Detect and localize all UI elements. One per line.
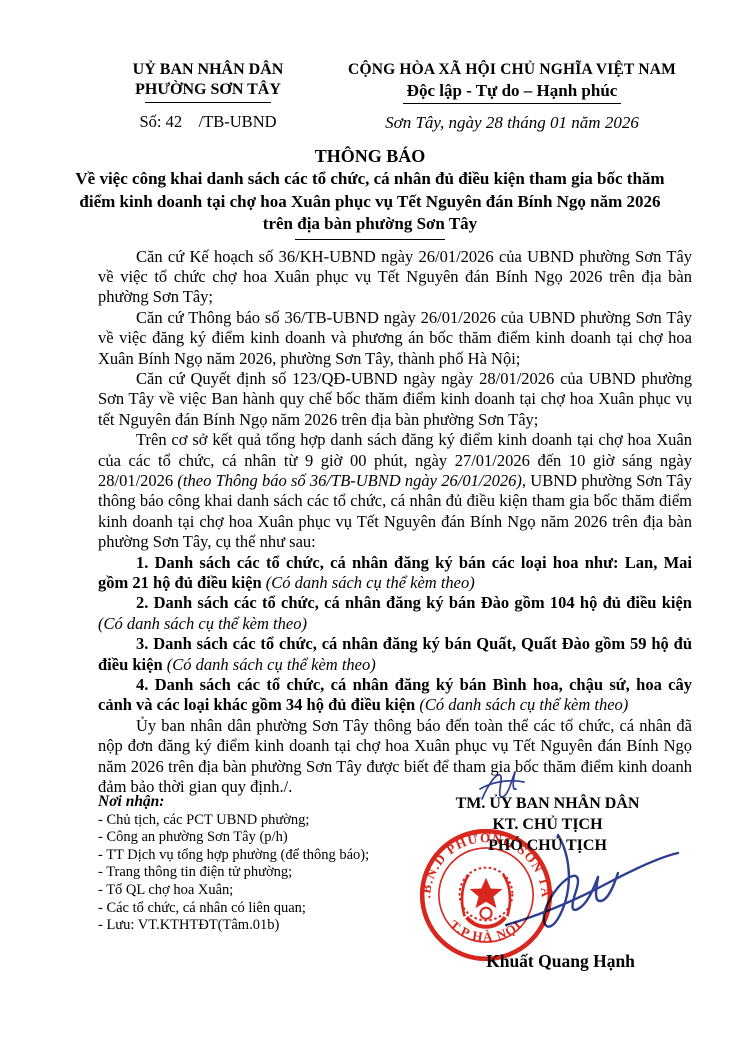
recipient-line: - Công an phường Sơn Tây (p/h): [98, 829, 398, 847]
recipient-line: - Chủ tịch, các PCT UBND phường;: [98, 812, 398, 830]
document-page: UỶ BAN NHÂN DÂN PHƯỜNG SƠN TÂY Số: 42 /T…: [0, 0, 740, 1046]
list-item-note: (Có danh sách cụ thể kèm theo): [98, 614, 307, 633]
legal-basis-paragraph: Căn cứ Thông báo số 36/TB-UBND ngày 26/0…: [98, 308, 692, 369]
document-subject: Về việc công khai danh sách các tổ chức,…: [70, 168, 670, 236]
org-name: PHƯỜNG SƠN TÂY: [92, 80, 324, 100]
summary-paragraph: Trên cơ sở kết quả tổng hợp danh sách đă…: [98, 430, 692, 552]
issuing-authority-block: UỶ BAN NHÂN DÂN PHƯỜNG SƠN TÂY Số: 42 /T…: [92, 60, 324, 133]
recipient-line: - Trang thông tin điện tử phường;: [98, 864, 398, 882]
closing-paragraph: Ủy ban nhân dân phường Sơn Tây thông báo…: [98, 716, 692, 798]
signing-authority: TM. ỦY BAN NHÂN DÂN: [395, 793, 700, 814]
paraph-mark-icon: [472, 765, 532, 809]
recipient-line: - Tổ QL chợ hoa Xuân;: [98, 882, 398, 900]
document-number: Số: 42 /TB-UBND: [92, 112, 324, 132]
recipient-line: - Các tổ chức, cá nhân có liên quan;: [98, 900, 398, 918]
national-motto: Độc lập - Tự do – Hạnh phúc: [403, 80, 622, 104]
list-item-note: (Có danh sách cụ thể kèm theo): [262, 573, 475, 592]
summary-reference: (theo Thông báo số 36/TB-UBND ngày 26/01…: [177, 471, 526, 490]
recipients-block: Nơi nhận: - Chủ tịch, các PCT UBND phườn…: [98, 793, 398, 935]
list-item-note: (Có danh sách cụ thể kèm theo): [163, 655, 376, 674]
signature-stroke-icon: [500, 821, 685, 956]
org-name-rule: [145, 102, 271, 103]
list-item: 4. Danh sách các tổ chức, cá nhân đăng k…: [98, 675, 692, 716]
document-header: UỶ BAN NHÂN DÂN PHƯỜNG SƠN TÂY Số: 42 /T…: [0, 0, 740, 133]
recipient-line: - TT Dịch vụ tổng hợp phường (để thông b…: [98, 847, 398, 865]
legal-basis-paragraph: Căn cứ Quyết định số 123/QĐ-UBND ngày ng…: [98, 369, 692, 430]
list-item-note: (Có danh sách cụ thể kèm theo): [415, 695, 628, 714]
recipient-line: - Lưu: VT.KTHTĐT(Tâm.01b): [98, 917, 398, 935]
recipients-label: Nơi nhận:: [98, 793, 398, 811]
legal-basis-paragraph: Căn cứ Kế hoạch số 36/KH-UBND ngày 26/01…: [98, 247, 692, 308]
document-type: THÔNG BÁO: [70, 145, 670, 167]
document-body: Căn cứ Kế hoạch số 36/KH-UBND ngày 26/01…: [0, 240, 740, 798]
list-item: 3. Danh sách các tổ chức, cá nhân đăng k…: [98, 634, 692, 675]
document-footer: Nơi nhận: - Chủ tịch, các PCT UBND phườn…: [0, 791, 740, 1046]
org-parent-name: UỶ BAN NHÂN DÂN: [92, 60, 324, 80]
list-item: 2. Danh sách các tổ chức, cá nhân đăng k…: [98, 593, 692, 634]
list-item: 1. Danh sách các tổ chức, cá nhân đăng k…: [98, 553, 692, 594]
list-item-text: 2. Danh sách các tổ chức, cá nhân đăng k…: [136, 593, 692, 612]
national-header-block: CỘNG HÒA XÃ HỘI CHỦ NGHĨA VIỆT NAM Độc l…: [324, 60, 700, 133]
place-and-date: Sơn Tây, ngày 28 tháng 01 năm 2026: [324, 113, 700, 133]
title-block: THÔNG BÁO Về việc công khai danh sách cá…: [0, 145, 740, 240]
national-title: CỘNG HÒA XÃ HỘI CHỦ NGHĨA VIỆT NAM: [324, 60, 700, 80]
